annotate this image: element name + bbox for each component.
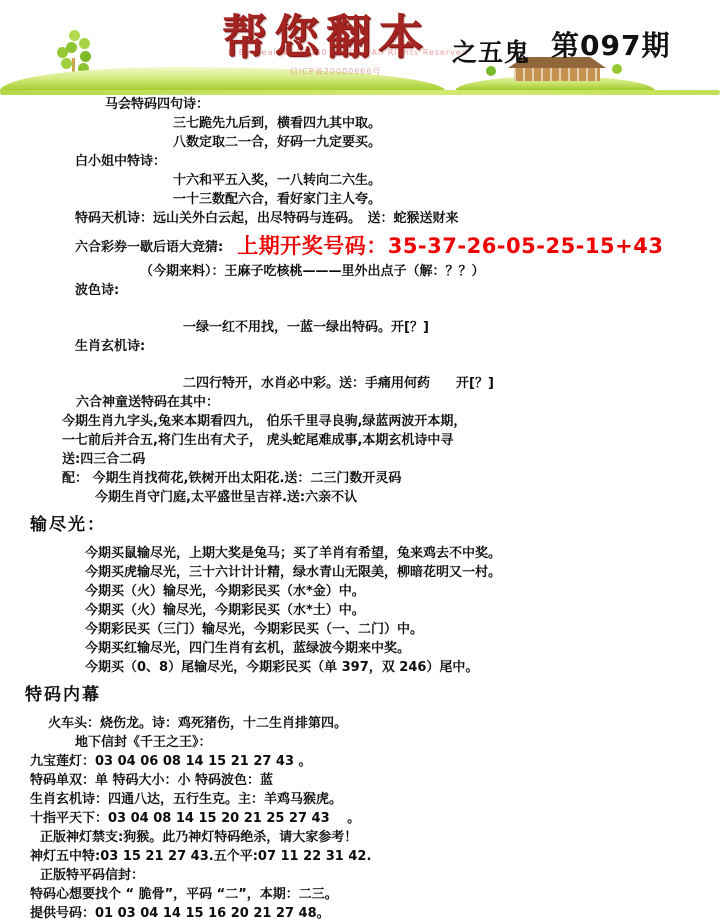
doc-line: 特码单双：单 特码大小：小 特码波色：蓝 <box>0 771 720 790</box>
doc-line: 六合神童送特码在其中： <box>0 393 720 412</box>
doc-line: 十指平天下：03 04 08 14 15 20 21 25 27 43 。 <box>0 809 720 828</box>
doc-line: （今期来料）：王麻子吃核桃———里外出点子（解：？？） <box>0 262 720 281</box>
doc-line: 特码心想要找个 “ 脆骨”，平码 “二”，本期：二三。 <box>0 885 720 904</box>
doc-line: 今期生肖守门庭,太平盛世呈吉祥.送:六亲不认 <box>0 488 720 507</box>
doc-line: 正版特平码信封： <box>0 866 720 885</box>
doc-line: 生肖玄机诗: <box>0 337 720 356</box>
doc-line: 一七前后并合五,将门生出有犬子， 虎头蛇尾难成事,本期玄机诗中寻 <box>0 431 720 450</box>
doc-line: 马会特码四句诗： <box>0 95 720 114</box>
page-header: If By DealCar 91030 @ 2005 All Rights Re… <box>0 0 720 95</box>
doc-line: 提供号码：01 03 04 14 15 16 20 21 27 48。 <box>0 904 720 923</box>
doc-line: 今期买红输尽光，四门生肖有玄机，蓝绿波今期来中奖。 <box>0 639 720 658</box>
doc-line: 今期买（火）输尽光，今期彩民买（水*金）中。 <box>0 582 720 601</box>
watermark-line: 信ICP备20000666号 <box>290 66 382 77</box>
doc-line: 配： 今期生肖找荷花,铁树开出太阳花.送：二三门数开灵码 <box>0 469 720 488</box>
doc-line: 一绿一红不用找，一蓝一绿出特码。开[？] <box>0 318 720 337</box>
blank-line <box>0 356 720 374</box>
doc-line: 正版神灯禁支:狗猴。此乃神灯特码绝杀，请大家参考！ <box>0 828 720 847</box>
doc-line: 神灯五中特:03 15 21 27 43.五个平:07 11 22 31 42. <box>0 847 720 866</box>
doc-line: 今期买（0、8）尾输尽光，今期彩民买（单 397，双 246）尾中。 <box>0 658 720 677</box>
page-title: 帮您翻本 <box>222 0 430 66</box>
doc-line: 生肖玄机诗：四通八达，五行生克。主：羊鸡马猴虎。 <box>0 790 720 809</box>
bush-icon <box>612 64 622 74</box>
doc-line: 送:四三合二码 <box>0 450 720 469</box>
house-body <box>514 68 600 81</box>
doc-line: 白小姐中特诗： <box>0 152 720 171</box>
section-header: 特码内幕 <box>0 682 720 708</box>
doc-line: 今期买（火）输尽光，今期彩民买（水*土）中。 <box>0 601 720 620</box>
doc-line: 今期买鼠输尽光，上期大奖是兔马；买了羊肖有希望，兔来鸡去不中奖。 <box>0 544 720 563</box>
blank-line <box>0 300 720 318</box>
page-subtitle: 之五鬼 <box>452 33 530 69</box>
prev-draw-numbers: 上期开奖号码：35-37-26-05-25-15+43 <box>237 230 663 260</box>
quiz-label: 六合彩券一歇后语大竞猜: <box>0 236 223 255</box>
doc-line: 八数定取二一合，好码一九定要买。 <box>0 133 720 152</box>
doc-line: 三七跪先九后到，横看四九其中取。 <box>0 114 720 133</box>
doc-line: 二四行特开，水肖必中彩。送：手痛用何药 开[？] <box>0 374 720 393</box>
doc-line: 火车头：烧伤龙。诗：鸡死猪伤，十二生肖排第四。 <box>0 714 720 733</box>
issue-number: 第097期 <box>551 24 670 64</box>
doc-line: 一十三数配六合，看好家门主人夸。 <box>0 190 720 209</box>
section-header: 输尽光： <box>0 512 720 538</box>
announcement-row: 六合彩券一歇后语大竞猜:上期开奖号码：35-37-26-05-25-15+43 <box>0 228 720 262</box>
doc-line: 今期买虎输尽光，三十六计计计精，绿水青山无限美，柳暗花明又一村。 <box>0 563 720 582</box>
doc-line: 今期生肖九字头,兔来本期看四九， 伯乐千里寻良驹,绿蓝两波开本期， <box>0 412 720 431</box>
document-body: 马会特码四句诗：三七跪先九后到，横看四九其中取。八数定取二一合，好码一九定要买。… <box>0 95 720 923</box>
doc-line: 波色诗: <box>0 281 720 300</box>
doc-line: 特码天机诗：远山关外白云起，出尽特码与连码。 送：蛇猴送财来 <box>0 209 720 228</box>
doc-line: 十六和平五入奖，一八转向二六生。 <box>0 171 720 190</box>
doc-line: 今期彩民买（三门）输尽光，今期彩民买（一、二门）中。 <box>0 620 720 639</box>
doc-line: 地下信封《千王之王》： <box>0 733 720 752</box>
doc-line: 九宝莲灯：03 04 06 08 14 15 21 27 43 。 <box>0 752 720 771</box>
tree-icon <box>66 42 77 53</box>
